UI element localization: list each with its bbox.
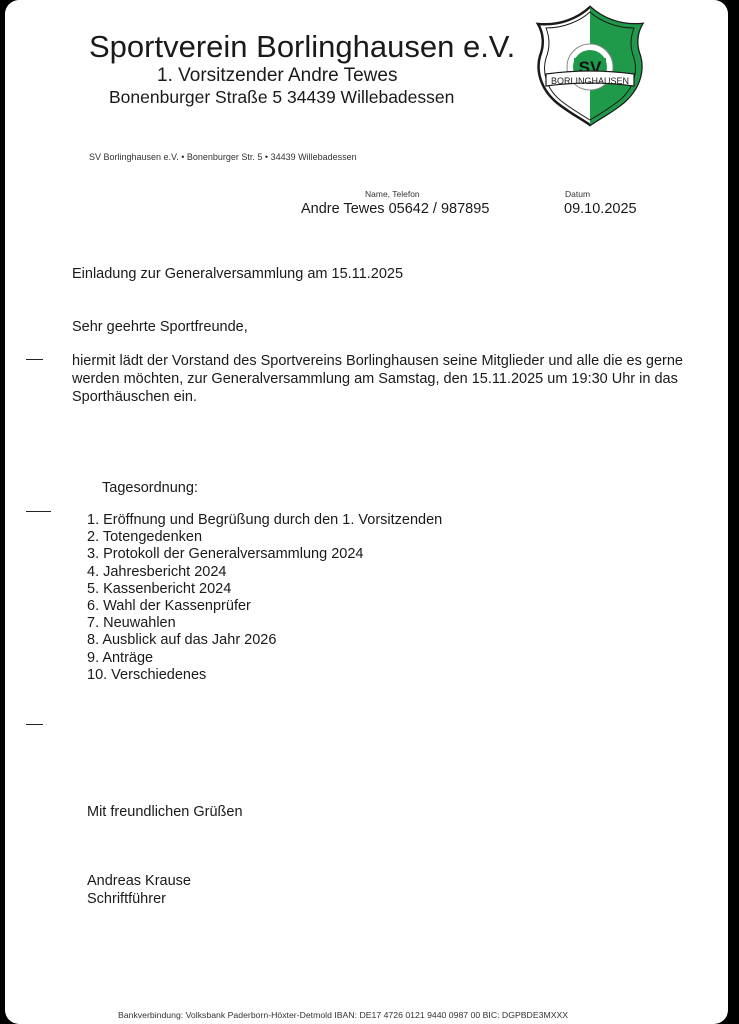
agenda-item: 9. Anträge	[87, 650, 442, 667]
agenda-title: Tagesordnung:	[102, 480, 198, 496]
agenda-item: 5. Kassenbericht 2024	[87, 581, 442, 598]
agenda-item: 3. Protokoll der Generalversammlung 2024	[87, 546, 442, 563]
signature-block: Andreas Krause Schriftführer	[87, 872, 191, 908]
date-value: 09.10.2025	[564, 201, 637, 217]
name-phone-label: Name, Telefon	[365, 189, 420, 199]
chairman-line: 1. Vorsitzender Andre Tewes	[157, 65, 397, 87]
punch-mark	[26, 511, 51, 512]
letter-body: hiermit lädt der Vorstand des Sportverei…	[72, 352, 712, 406]
club-name: Sportverein Borlinghausen e.V.	[89, 29, 515, 65]
sender-line: SV Borlinghausen e.V. • Bonenburger Str.…	[89, 152, 357, 162]
agenda-item: 1. Eröffnung und Begrüßung durch den 1. …	[87, 512, 442, 529]
club-crest-icon: SV BORLINGHAUSEN	[530, 4, 650, 128]
agenda-item: 8. Ausblick auf das Jahr 2026	[87, 632, 442, 649]
agenda-list: 1. Eröffnung und Begrüßung durch den 1. …	[87, 512, 442, 684]
agenda-item: 7. Neuwahlen	[87, 615, 442, 632]
name-phone-value: Andre Tewes 05642 / 987895	[301, 201, 489, 217]
salutation: Sehr geehrte Sportfreunde,	[72, 319, 248, 335]
letter-page: Sportverein Borlinghausen e.V. 1. Vorsit…	[5, 0, 728, 1024]
agenda-item: 2. Totengedenken	[87, 529, 442, 546]
date-label: Datum	[565, 189, 590, 199]
club-address: Bonenburger Straße 5 34439 Willebadessen	[109, 87, 454, 108]
bank-details-footer: Bankverbindung: Volksbank Paderborn-Höxt…	[118, 1010, 568, 1020]
signer-role: Schriftführer	[87, 890, 191, 908]
crest-banner-text: BORLINGHAUSEN	[551, 76, 629, 86]
agenda-item: 4. Jahresbericht 2024	[87, 564, 442, 581]
agenda-item: 10. Verschiedenes	[87, 667, 442, 684]
fold-mark	[26, 724, 43, 725]
agenda-item: 6. Wahl der Kassenprüfer	[87, 598, 442, 615]
signer-name: Andreas Krause	[87, 872, 191, 890]
fold-mark	[26, 359, 43, 360]
closing: Mit freundlichen Grüßen	[87, 804, 243, 820]
subject-line: Einladung zur Generalversammlung am 15.1…	[72, 266, 403, 282]
